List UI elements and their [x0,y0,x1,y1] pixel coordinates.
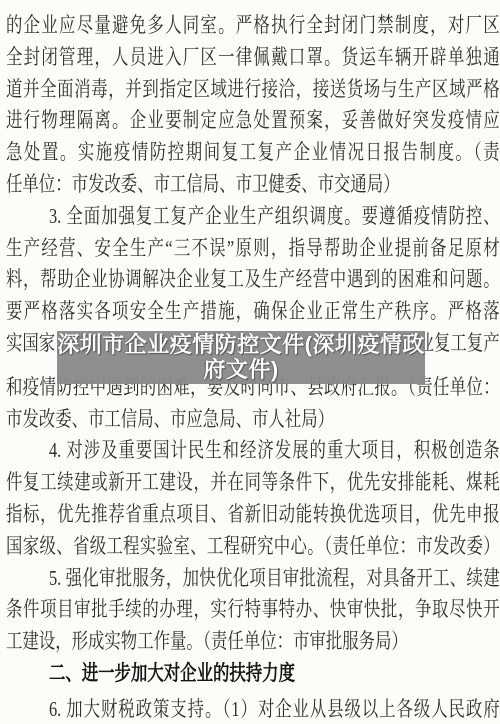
text-line-content: 条件项目审批手续的办理，实行特事特办、快审快批，争取尽快开 [6,594,500,626]
text-line-content: 急处置。实施疫情防控期间复工复产企业情况日报告制度。（责 [6,137,500,169]
text-line-content: 4. 对涉及重要国计民生和经济发展的重大项目，积极创造条 [6,435,500,467]
document-page: 的企业应尽量避免多人同室。严格执行全封闭门禁制度，对厂区全封闭管理，人员进入厂区… [0,0,500,724]
text-line-content: 的企业应尽量避免多人同室。严格执行全封闭门禁制度，对厂区 [6,10,500,42]
text-fragment-left: 实国家 [6,328,55,360]
text-line: 市发改委、市工信局、市应急局、市人社局） [6,404,500,436]
text-line-content: 工建设，形成实物工作量。（责任单位：市审批服务局） [6,626,500,658]
text-line: 的企业应尽量避免多人同室。严格执行全封闭门禁制度，对厂区 [6,10,500,42]
text-line: 3. 全面加强复工复产企业生产组织调度。要遵循疫情防控、 [6,201,500,233]
text-line-content: 进行物理隔离。企业要制定应急处置预案，妥善做好突发疫情应 [6,105,500,137]
text-line: 急处置。实施疫情防控期间复工复产企业情况日报告制度。（责 [6,137,500,169]
text-line: 生产经营、安全生产“三不误”原则，指导帮助企业提前备足原材 [6,233,500,265]
text-line: 道并全面消毒，并到指定区域进行接洽，接送货场与生产区域严格 [6,74,500,106]
section-heading: 二、进一步加大对企业的扶持力度 [6,658,500,690]
text-line: 工建设，形成实物工作量。（责任单位：市审批服务局） [6,626,500,658]
text-fragment-right: 业复工复产 [418,328,500,360]
text-line-content: 全封闭管理，人员进入厂区一律佩戴口罩。货运车辆开辟单独通 [6,42,500,74]
text-line-content: 要严格落实各项安全生产措施，确保企业正常生产秩序。严格落 [6,296,500,328]
text-line-content: 指标，优先推荐省重点项目、省新旧动能转换优选项目，优先申报 [6,499,500,531]
text-line: 5. 强化审批服务，加快优化项目审批流程，对具备开工、续建 [6,563,500,595]
text-line-content: 料，帮助企业协调解决企业复工及生产经营中遇到的困难和问题。 [6,264,500,296]
text-line: 要严格落实各项安全生产措施，确保企业正常生产秩序。严格落 [6,296,500,328]
text-line: 条件项目审批手续的办理，实行特事特办、快审快批，争取尽快开 [6,594,500,626]
text-line: 指标，优先推荐省重点项目、省新旧动能转换优选项目，优先申报 [6,499,500,531]
text-line-content: 道并全面消毒，并到指定区域进行接洽，接送货场与生产区域严格 [6,74,500,106]
text-line-content: 3. 全面加强复工复产企业生产组织调度。要遵循疫情防控、 [6,201,500,233]
text-line: 二、进一步加大对企业的扶持力度 [6,658,500,690]
text-line: 4. 对涉及重要国计民生和经济发展的重大项目，积极创造条 [6,435,500,467]
screenshot-root: { "page": { "background": "#fcfcfb", "in… [0,0,500,724]
text-line: 进行物理隔离。企业要制定应急处置预案，妥善做好突发疫情应 [6,105,500,137]
text-line: 国家级、省级工程实验室、工程研究中心。（责任单位：市发改委） [6,531,500,563]
text-line: 任单位：市发改委、市工信局、市卫健委、市交通局） [6,169,500,201]
text-line-content: 市发改委、市工信局、市应急局、市人社局） [6,404,500,436]
text-line: 6. 加大财税政策支持。（1）对企业从县级以上各级人民政府 [6,694,500,724]
watermark-overlay: 深圳市企业疫情防控文件(深圳疫情政府文件) [57,331,425,384]
text-line-content: 5. 强化审批服务，加快优化项目审批流程，对具备开工、续建 [6,563,500,595]
text-line: 全封闭管理，人员进入厂区一律佩戴口罩。货运车辆开辟单独通 [6,42,500,74]
text-line: 件复工续建或新开工建设，并在同等条件下，优先安排能耗、煤耗 [6,467,500,499]
text-line-content: 6. 加大财税政策支持。（1）对企业从县级以上各级人民政府 [6,694,500,724]
text-line-content: 任单位：市发改委、市工信局、市卫健委、市交通局） [6,169,500,201]
watermark-title: 深圳市企业疫情防控文件(深圳疫情政府文件) [57,332,425,382]
text-line: 料，帮助企业协调解决企业复工及生产经营中遇到的困难和问题。 [6,264,500,296]
text-line-content: 生产经营、安全生产“三不误”原则，指导帮助企业提前备足原材 [6,233,500,265]
text-line-content: 国家级、省级工程实验室、工程研究中心。（责任单位：市发改委） [6,531,500,563]
text-line-content: 件复工续建或新开工建设，并在同等条件下，优先安排能耗、煤耗 [6,467,500,499]
